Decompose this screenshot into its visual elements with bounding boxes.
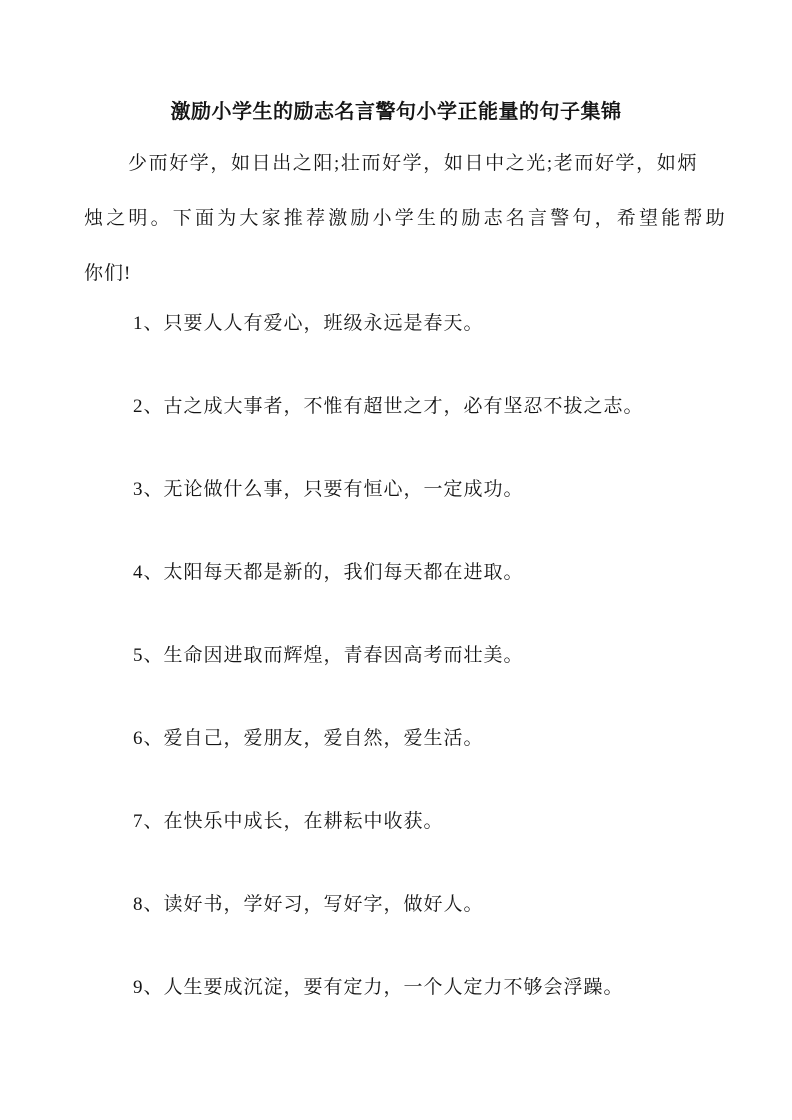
quote-item-4: 4、太阳每天都是新的，我们每天都在进取。 (84, 560, 708, 586)
intro-line-2: 烛之明。下面为大家推荐激励小学生的励志名言警句，希望能帮助 (84, 191, 708, 246)
intro-paragraph: 少而好学，如日出之阳;壮而好学，如日中之光;老而好学，如炳 烛之明。下面为大家推… (84, 136, 708, 301)
page-title: 激励小学生的励志名言警句小学正能量的句子集锦 (84, 97, 708, 127)
intro-line-1: 少而好学，如日出之阳;壮而好学，如日中之光;老而好学，如炳 (84, 136, 708, 191)
quote-item-2: 2、古之成大事者，不惟有超世之才，必有坚忍不拔之志。 (84, 394, 708, 420)
quote-item-6: 6、爱自己，爱朋友，爱自然，爱生活。 (84, 726, 708, 752)
quote-item-1: 1、只要人人有爱心，班级永远是春天。 (84, 311, 708, 337)
quote-item-9: 9、人生要成沉淀，要有定力，一个人定力不够会浮躁。 (84, 975, 708, 1001)
quote-item-5: 5、生命因进取而辉煌，青春因高考而壮美。 (84, 643, 708, 669)
quote-item-3: 3、无论做什么事，只要有恒心，一定成功。 (84, 477, 708, 503)
document-page: 激励小学生的励志名言警句小学正能量的句子集锦 少而好学，如日出之阳;壮而好学，如… (0, 0, 792, 1120)
quote-item-8: 8、读好书，学好习，写好字，做好人。 (84, 892, 708, 918)
quote-item-7: 7、在快乐中成长，在耕耘中收获。 (84, 809, 708, 835)
intro-line-3: 你们! (84, 246, 708, 301)
quote-list: 1、只要人人有爱心，班级永远是春天。 2、古之成大事者，不惟有超世之才，必有坚忍… (84, 311, 708, 1001)
